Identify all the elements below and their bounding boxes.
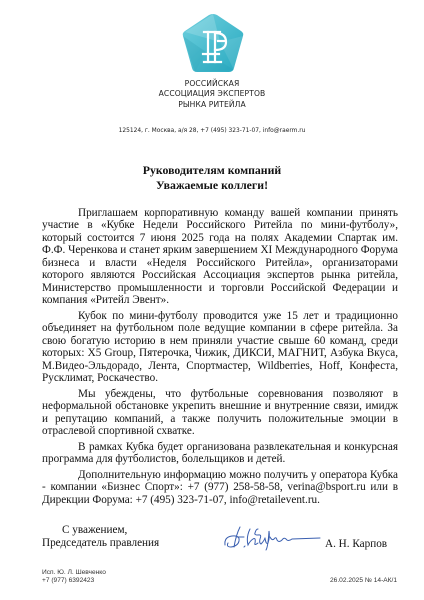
- signer-position: Председатель правления: [42, 537, 159, 550]
- org-name-line: РЫНКА РИТЕЙЛА: [0, 100, 424, 110]
- executor-phone: +7 (977) 6392423: [42, 577, 106, 585]
- body-paragraph: В рамках Кубка будет организована развле…: [42, 441, 398, 466]
- org-contacts: 125124, г. Москва, а/я 28, +7 (495) 323-…: [0, 128, 424, 134]
- body-paragraph: Приглашаем корпоративную команду вашей к…: [42, 207, 398, 307]
- salutation: Уважаемые коллеги!: [0, 178, 424, 193]
- organization-name: РОССИЙСКАЯ АССОЦИАЦИЯ ЭКСПЕРТОВ РЫНКА РИ…: [0, 79, 424, 110]
- document-number: 26.02.2025 № 14-АК/1: [330, 577, 397, 584]
- letter-page: РОССИЙСКАЯ АССОЦИАЦИЯ ЭКСПЕРТОВ РЫНКА РИ…: [0, 0, 424, 600]
- letter-heading: Руководителям компаний Уважаемые коллеги…: [0, 163, 424, 193]
- org-name-line: РОССИЙСКАЯ: [0, 79, 424, 89]
- executor-info: Исп. Ю. Л. Шевченко +7 (977) 6392423: [42, 569, 106, 586]
- body-paragraph: Кубок по мини-футболу проводится уже 15 …: [42, 310, 398, 385]
- raerm-pentagon-logo-icon: [180, 12, 246, 76]
- handwritten-signature-icon: [222, 523, 322, 551]
- org-name-line: АССОЦИАЦИЯ ЭКСПЕРТОВ: [0, 89, 424, 99]
- executor-name: Исп. Ю. Л. Шевченко: [42, 569, 106, 577]
- signer-name: А. Н. Карпов: [325, 538, 387, 550]
- letter-body: Приглашаем корпоративную команду вашей к…: [42, 207, 398, 509]
- regards-text: С уважением,: [42, 524, 159, 537]
- body-paragraph: Мы убеждены, что футбольные соревнования…: [42, 388, 398, 438]
- addressee: Руководителям компаний: [0, 163, 424, 178]
- body-paragraph: Дополнительную информацию можно получить…: [42, 469, 398, 506]
- closing-block: С уважением, Председатель правления: [42, 524, 159, 550]
